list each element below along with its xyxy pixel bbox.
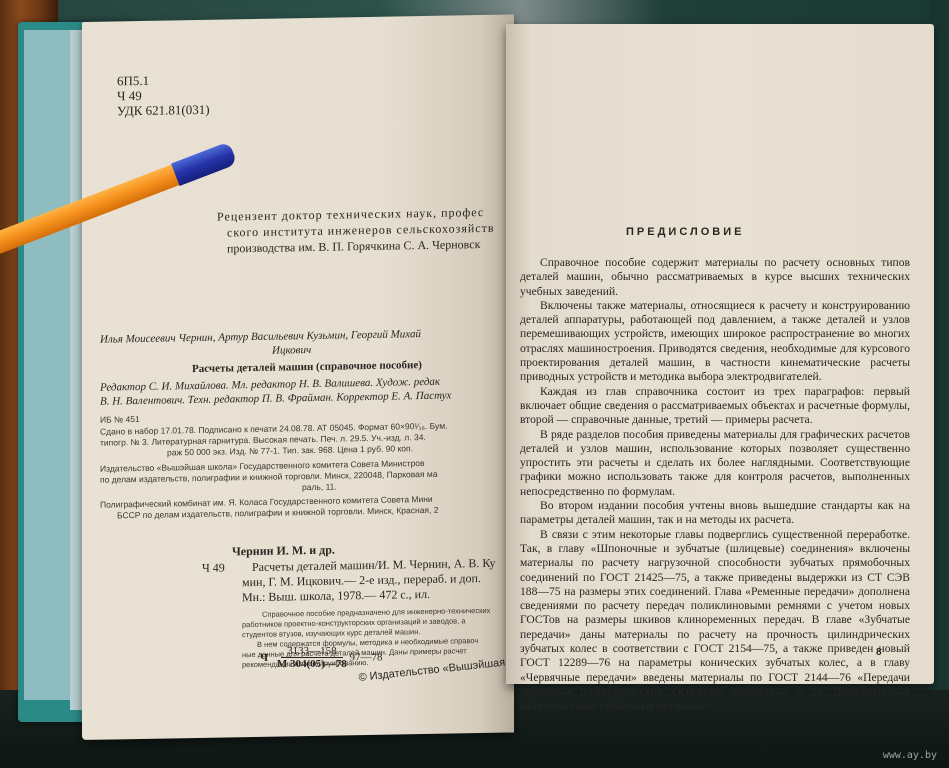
index-denominator: М 304(05)—78 bbox=[277, 658, 347, 670]
preface-paragraph-5: Во втором издании пособия учтены вновь в… bbox=[520, 499, 910, 528]
preface-paragraph-1: Справочное пособие содержит материалы по… bbox=[520, 256, 910, 299]
reviewer-line-3: производства им. В. П. Горячкина С. А. Ч… bbox=[227, 237, 480, 256]
left-page: 6П5.1 Ч 49 УДК 621.81(031) Рецензент док… bbox=[82, 14, 514, 740]
catalog-line-3: Мн.: Выш. школа, 1978.— 472 с., ил. bbox=[242, 587, 430, 605]
index-numerator: 3133—158 bbox=[281, 645, 343, 658]
publisher-line-3: раль, 11. bbox=[302, 482, 337, 494]
preface-body: Справочное пособие содержит материалы по… bbox=[520, 256, 910, 714]
preface-paragraph-6: В связи с этим некоторые главы подвергли… bbox=[520, 528, 910, 714]
authors-line-2: Ицкович bbox=[272, 344, 311, 357]
catalog-author: Чернин И. М. и др. bbox=[232, 543, 335, 560]
preface-heading: ПРЕДИСЛОВИЕ bbox=[626, 226, 744, 238]
watermark: www.ay.by bbox=[883, 750, 937, 761]
book-title: Расчеты деталей машин (справочное пособи… bbox=[192, 359, 422, 375]
index-suffix: 97—78 bbox=[350, 652, 383, 664]
preface-paragraph-2: Включены также материалы, относящиеся к … bbox=[520, 299, 910, 385]
udk-code: УДК 621.81(031) bbox=[117, 102, 210, 119]
preface-paragraph-4: В ряде разделов пособия приведены матери… bbox=[520, 428, 910, 499]
index-prefix: Ч bbox=[260, 652, 268, 664]
ib-number: ИБ № 451 bbox=[100, 414, 140, 426]
classification-code-2: Ч 49 bbox=[117, 88, 142, 103]
catalog-code: Ч 49 bbox=[202, 561, 225, 576]
authors-line-1: Илья Моисеевич Чернин, Артур Васильевич … bbox=[100, 328, 421, 346]
preface-paragraph-3: Каждая из глав справочника состоит из тр… bbox=[520, 385, 910, 428]
page-number: 8 bbox=[876, 647, 882, 658]
index-code: Ч 3133—158 М 304(05)—78 97—78 bbox=[260, 645, 383, 670]
classification-code-1: 6П5.1 bbox=[117, 73, 149, 89]
